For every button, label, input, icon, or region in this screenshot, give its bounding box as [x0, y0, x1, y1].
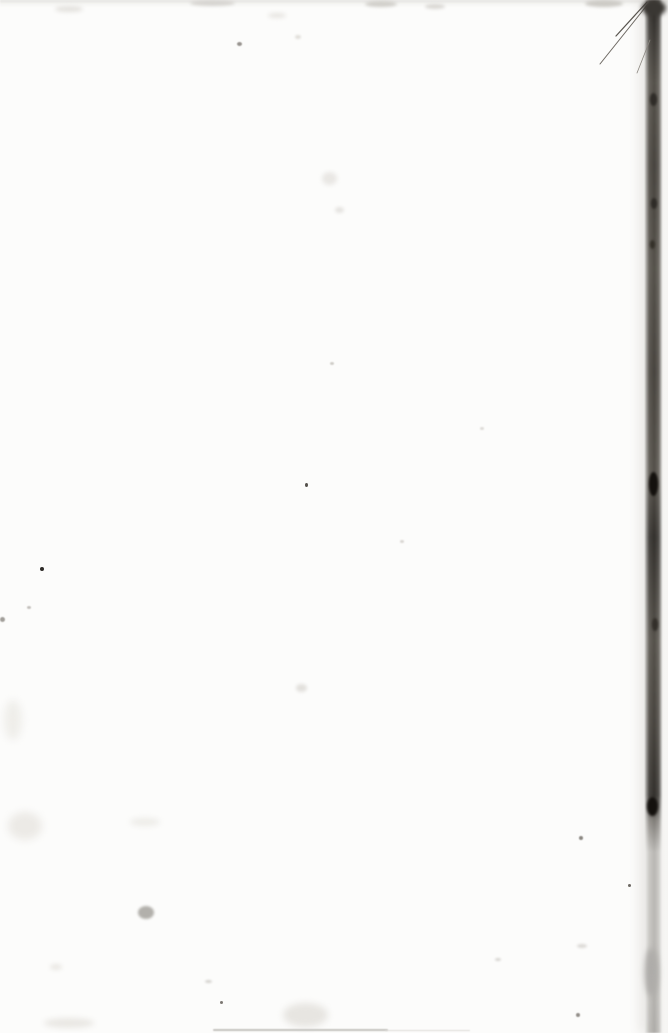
gutter-blob-layer: [0, 0, 668, 1033]
scanned-page: [0, 0, 668, 1033]
gutter-blob: [645, 948, 658, 996]
gutter-blob: [649, 472, 658, 496]
gutter-blob: [651, 198, 657, 209]
gutter-blob: [652, 618, 658, 631]
gutter-blob: [647, 797, 658, 816]
gutter-blob: [642, 0, 666, 16]
gutter-blob: [650, 93, 657, 106]
gutter-blob: [650, 240, 655, 249]
